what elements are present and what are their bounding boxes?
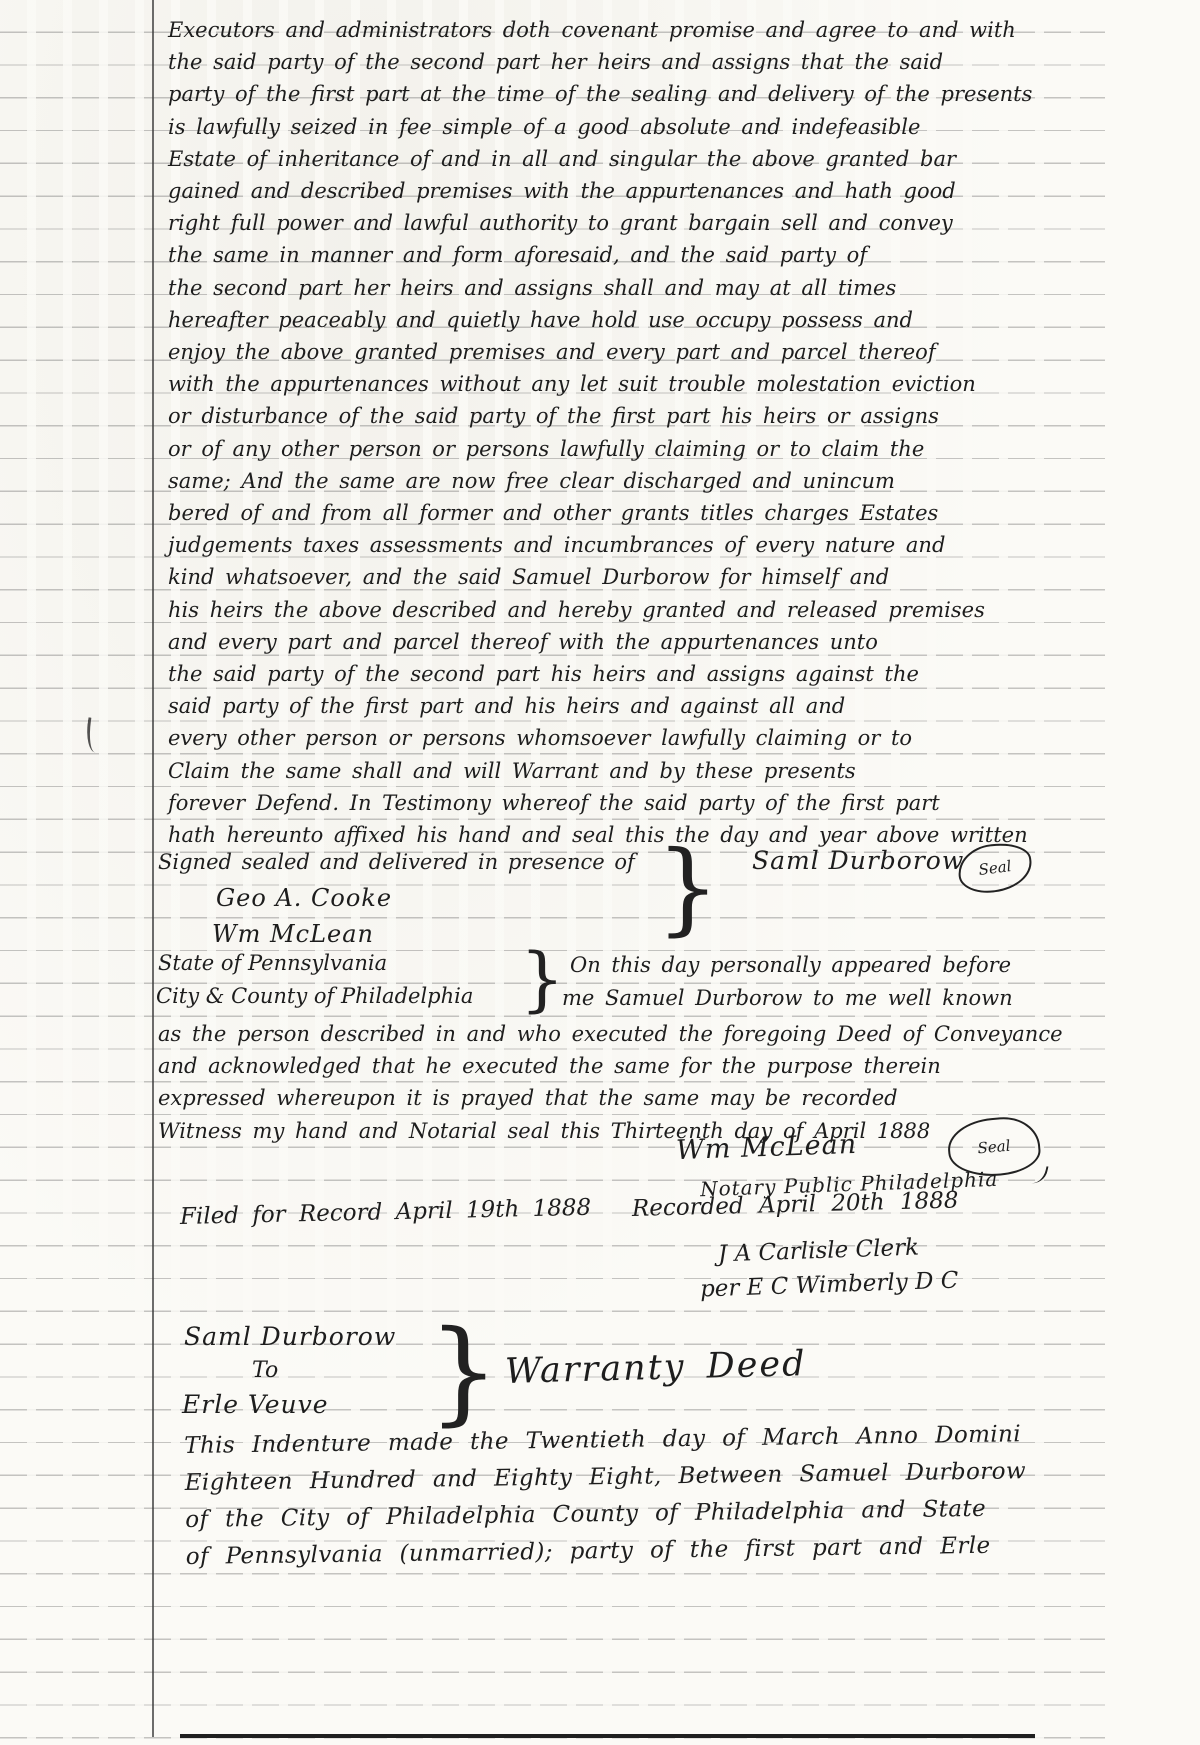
acknowledgment-body-line: as the person described in and who execu…: [158, 1018, 1078, 1050]
docket-to-label: To: [252, 1358, 278, 1383]
deed-title: Warranty Deed: [505, 1344, 807, 1392]
deed-body-line: enjoy the above granted premises and eve…: [168, 336, 1068, 368]
deed-body-line: judgements taxes assessments and incumbr…: [168, 529, 1068, 561]
acknowledgment-opening-line-1: On this day personally appeared before: [570, 953, 1011, 977]
attestation-clause: Signed sealed and delivered in presence …: [158, 850, 635, 874]
deed-body-line: the said party of the second part his he…: [168, 658, 1068, 690]
acknowledgment-body-line: Witness my hand and Notarial seal this T…: [158, 1115, 1078, 1147]
acknowledgment-opening-line-2: me Samuel Durborow to me well known: [562, 986, 1013, 1010]
deed-body-line: gained and described premises with the a…: [168, 175, 1068, 207]
deed-body-line: Executors and administrators doth covena…: [168, 14, 1068, 46]
docket-brace: }: [428, 1316, 499, 1428]
deed-body-line: with the appurtenances without any let s…: [168, 368, 1068, 400]
notary-signature: Wm McLean: [676, 1129, 858, 1166]
deed-body-line: same; And the same are now free clear di…: [168, 465, 1068, 497]
grantor-signature: Saml Durborow: [752, 846, 964, 875]
acknowledgment-body-line: expressed whereupon it is prayed that th…: [158, 1082, 1078, 1114]
ledger-bottom-rule: [180, 1734, 1035, 1738]
deed-body-line: the second part her heirs and assigns sh…: [168, 272, 1068, 304]
attestation-brace: }: [656, 838, 720, 938]
docket-grantor: Saml Durborow: [184, 1322, 396, 1351]
venue-county: City & County of Philadelphia: [156, 984, 473, 1008]
docket-grantee: Erle Veuve: [182, 1390, 329, 1419]
notary-seal-label: Seal: [977, 1137, 1011, 1158]
acknowledgment-body-text: as the person described in and who execu…: [158, 1018, 1078, 1147]
deed-body-line: and every part and parcel thereof with t…: [168, 626, 1068, 658]
grantor-seal-label: Seal: [978, 857, 1013, 879]
deed-body-line: every other person or persons whomsoever…: [168, 722, 1068, 754]
deed-body-line: Claim the same shall and will Warrant an…: [168, 755, 1068, 787]
deed-body-line: his heirs the above described and hereby…: [168, 594, 1068, 626]
deed-body-line: or of any other person or persons lawful…: [168, 433, 1068, 465]
venue-brace: }: [520, 944, 565, 1014]
deed-body-line: hereafter peaceably and quietly have hol…: [168, 304, 1068, 336]
venue-state: State of Pennsylvania: [158, 951, 387, 975]
witness-signature-2: Wm McLean: [212, 920, 374, 948]
deed-body-line: or disturbance of the said party of the …: [168, 400, 1068, 432]
witness-signature-1: Geo A. Cooke: [216, 884, 392, 912]
deed-body-text: Executors and administrators doth covena…: [168, 14, 1068, 851]
deed-body-line: said party of the first part and his hei…: [168, 690, 1068, 722]
deed-body-line: bered of and from all former and other g…: [168, 497, 1068, 529]
deed-body-line: the said party of the second part her he…: [168, 46, 1068, 78]
deed-body-line: kind whatsoever, and the said Samuel Dur…: [168, 561, 1068, 593]
deed-body-line: forever Defend. In Testimony whereof the…: [168, 787, 1068, 819]
next-deed-opening-text: This Indenture made the Twentieth day of…: [184, 1415, 1106, 1576]
margin-rule: [152, 0, 154, 1737]
deed-body-line: party of the first part at the time of t…: [168, 78, 1068, 110]
acknowledgment-body-line: and acknowledged that he executed the sa…: [158, 1050, 1078, 1082]
deed-body-line: Estate of inheritance of and in all and …: [168, 143, 1068, 175]
deed-body-line: is lawfully seized in fee simple of a go…: [168, 111, 1068, 143]
deed-body-line: right full power and lawful authority to…: [168, 207, 1068, 239]
deed-ledger-page: Executors and administrators doth covena…: [0, 0, 1200, 1745]
deed-body-line: the same in manner and form aforesaid, a…: [168, 239, 1068, 271]
